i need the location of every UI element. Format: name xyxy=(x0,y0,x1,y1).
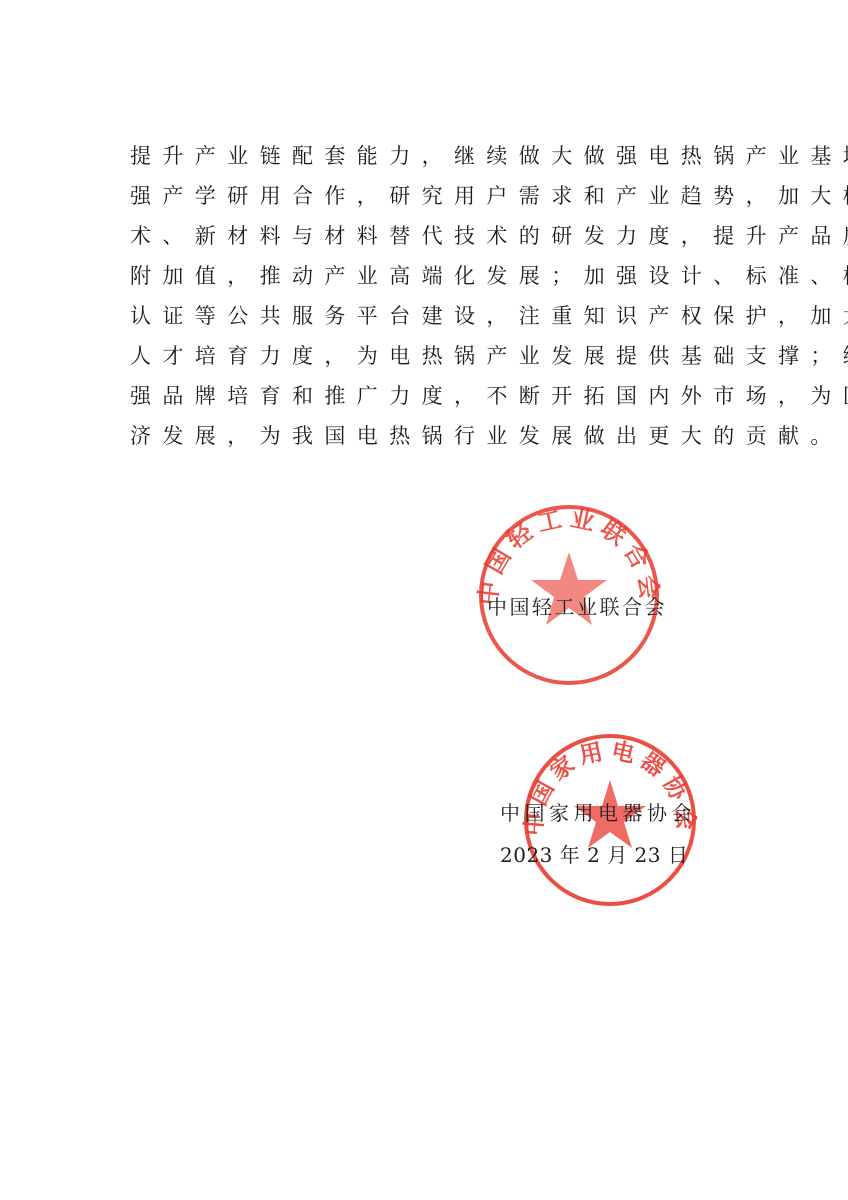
document-date: 2023 年 2 月 23 日 xyxy=(500,843,688,867)
body-line: 附加值，推动产业高端化发展；加强设计、标准、检测、 xyxy=(130,256,730,296)
body-line: 认证等公共服务平台建设，注重知识产权保护，加大产业 xyxy=(130,296,730,336)
signatory-appliances: 中国家用电器协会 xyxy=(500,801,696,825)
body-line: 术、新材料与材料替代技术的研发力度，提升产品质量和 xyxy=(130,216,730,256)
body-paragraph: 提升产业链配套能力，继续做大做强电热锅产业基地；加 强产学研用合作，研究用户需求… xyxy=(130,136,730,456)
document-page: 提升产业链配套能力，继续做大做强电热锅产业基地；加 强产学研用合作，研究用户需求… xyxy=(0,0,848,1200)
body-line: 提升产业链配套能力，继续做大做强电热锅产业基地；加 xyxy=(130,136,730,176)
body-line: 强产学研用合作，研究用户需求和产业趋势，加大核心技 xyxy=(130,176,730,216)
signatory-light-industry: 中国轻工业联合会 xyxy=(487,595,667,619)
body-line: 人才培育力度，为电热锅产业发展提供基础支撑；继续加 xyxy=(130,336,730,376)
body-line: 济发展，为我国电热锅行业发展做出更大的贡献。 xyxy=(130,416,730,456)
body-line: 强品牌培育和推广力度，不断开拓国内外市场，为区域经 xyxy=(130,376,730,416)
